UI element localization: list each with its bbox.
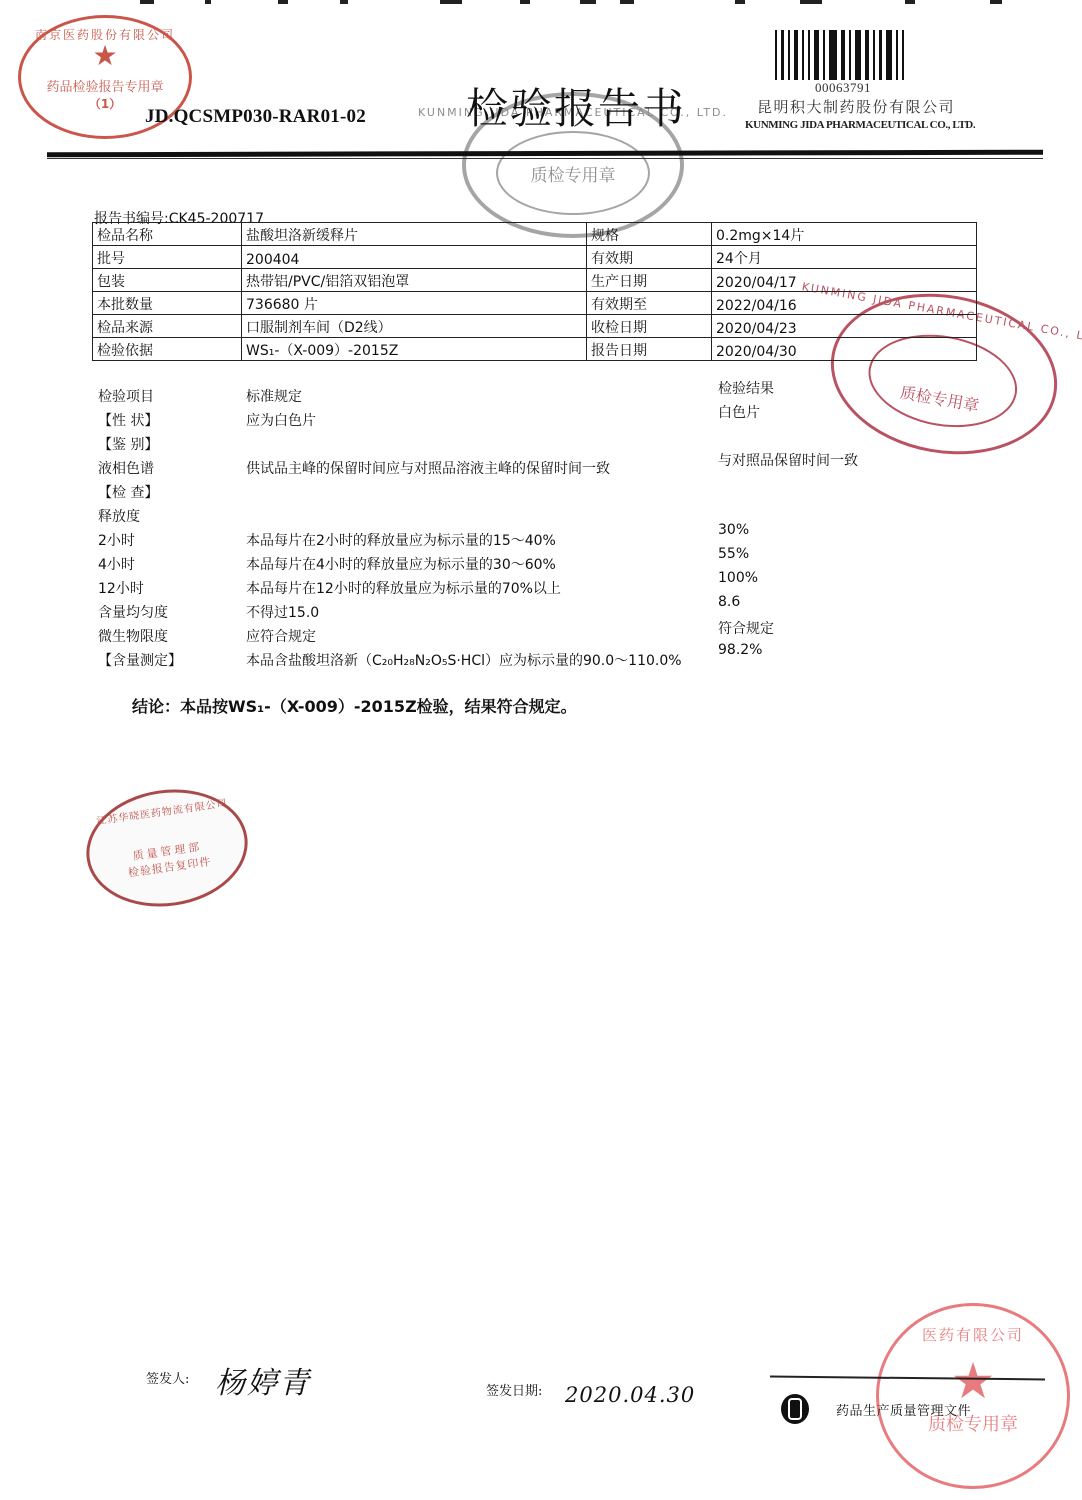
- result-standard: 本品每片在4小时的释放量应为标示量的30～60%: [246, 554, 556, 574]
- company-name-en: KUNMING JIDA PHARMACEUTICAL CO., LTD.: [745, 119, 975, 131]
- result-item: 4小时: [98, 554, 135, 574]
- result-standard: 本品每片在12小时的释放量应为标示量的70%以上: [246, 578, 561, 598]
- issue-date: 2020.04.30: [565, 1383, 695, 1407]
- result-result: 98.2%: [718, 642, 762, 658]
- star-icon: ★: [92, 42, 117, 70]
- info-value1: 口服制剂车间（D2线）: [242, 315, 587, 338]
- info-label1: 包装: [93, 269, 242, 292]
- result-result: 8.6: [718, 594, 740, 610]
- result-result: 30%: [718, 522, 749, 538]
- result-result: 符合规定: [718, 618, 774, 638]
- info-label2: 有效期至: [587, 292, 712, 315]
- info-value2: 2020/04/30: [712, 338, 977, 361]
- result-item: 释放度: [98, 506, 140, 526]
- info-row: 批号200404有效期24个月: [93, 246, 977, 269]
- result-result: 与对照品保留时间一致: [718, 450, 858, 470]
- info-value2: 2020/04/23: [712, 315, 977, 338]
- bottom-stamp: 医药有限公司 ★ 质检专用章: [876, 1303, 1070, 1489]
- info-label2: 收检日期: [587, 315, 712, 338]
- results-header-result: 检验结果: [718, 378, 774, 398]
- barcode-number: 00063791: [815, 80, 871, 96]
- result-item: 2小时: [98, 530, 135, 550]
- results-header-item: 检验项目: [98, 386, 154, 406]
- info-label1: 批号: [93, 246, 242, 269]
- info-label1: 检验依据: [93, 338, 242, 361]
- info-value2: 2022/04/16: [712, 292, 977, 315]
- info-value1: 盐酸坦洛新缓释片: [242, 223, 587, 246]
- info-label2: 生产日期: [587, 269, 712, 292]
- result-item: 【检 查】: [98, 482, 158, 502]
- footer-divider: [770, 1376, 1045, 1381]
- document-code: JD.QCSMP030-RAR01-02: [145, 106, 366, 128]
- info-value1: 200404: [242, 246, 587, 269]
- result-standard: 应为白色片: [246, 410, 316, 430]
- result-standard: 本品含盐酸坦洛新（C₂₀H₂₈N₂O₅S·HCl）应为标示量的90.0～110.…: [246, 650, 682, 670]
- conclusion: 结论：本品按WS₁-（X-009）-2015Z检验，结果符合规定。: [132, 694, 577, 717]
- info-value2: 24个月: [712, 246, 977, 269]
- signer-label: 签发人:: [146, 1368, 189, 1387]
- barcode: [775, 30, 997, 80]
- info-row: 包装热带铝/PVC/铝箔双铝泡罩生产日期2020/04/17: [93, 269, 977, 292]
- info-label1: 检品来源: [93, 315, 242, 338]
- result-result: 白色片: [718, 402, 760, 422]
- info-row: 检品名称盐酸坦洛新缓释片规格0.2mg×14片: [93, 223, 977, 246]
- info-label1: 检品名称: [93, 223, 242, 246]
- info-row: 检品来源口服制剂车间（D2线）收检日期2020/04/23: [93, 315, 977, 338]
- info-value2: 2020/04/17: [712, 269, 977, 292]
- issue-date-label: 签发日期:: [486, 1380, 542, 1399]
- jiangsu-stamp: 江苏华晓医药物流有限公司 质量管理部 检验报告复印件: [79, 779, 256, 916]
- info-label1: 本批数量: [93, 292, 242, 315]
- product-info-table: 检品名称盐酸坦洛新缓释片规格0.2mg×14片批号200404有效期24个月包装…: [92, 222, 977, 361]
- result-result: 55%: [718, 546, 749, 562]
- info-row: 本批数量736680 片有效期至2022/04/16: [93, 292, 977, 315]
- info-label2: 规格: [587, 223, 712, 246]
- result-standard: 本品每片在2小时的释放量应为标示量的15～40%: [246, 530, 556, 550]
- results-header-standard: 标准规定: [246, 386, 302, 406]
- header-divider-thin: [47, 158, 1043, 159]
- info-value2: 0.2mg×14片: [712, 223, 977, 246]
- result-standard: 应符合规定: [246, 626, 316, 646]
- result-item: 微生物限度: [98, 626, 168, 646]
- result-item: 12小时: [98, 578, 144, 598]
- result-standard: 不得过15.0: [246, 602, 319, 622]
- info-value1: 热带铝/PVC/铝箔双铝泡罩: [242, 269, 587, 292]
- star-icon: ★: [951, 1356, 996, 1406]
- info-label2: 报告日期: [587, 338, 712, 361]
- result-item: 含量均匀度: [98, 602, 168, 622]
- info-value1: WS₁-（X-009）-2015Z: [242, 338, 587, 361]
- info-row: 检验依据WS₁-（X-009）-2015Z报告日期2020/04/30: [93, 338, 977, 361]
- result-item: 【含量测定】: [98, 650, 182, 670]
- info-value1: 736680 片: [242, 292, 587, 315]
- signer-signature: 杨婷青: [215, 1358, 311, 1402]
- company-logo-icon: [781, 1394, 809, 1424]
- info-label2: 有效期: [587, 246, 712, 269]
- company-name-cn: 昆明积大制药股份有限公司: [757, 96, 955, 117]
- page-title: 检验报告书: [466, 76, 686, 136]
- result-standard: 供试品主峰的保留时间应与对照品溶液主峰的保留时间一致: [246, 458, 610, 478]
- result-item: 液相色谱: [98, 458, 154, 478]
- document-type: 药品生产质量管理文件: [836, 1400, 971, 1419]
- test-results: 检验项目 标准规定 检验结果 【性 状】应为白色片白色片【鉴 别】液相色谱供试品…: [98, 386, 998, 676]
- result-item: 【鉴 别】: [98, 434, 158, 454]
- result-item: 【性 状】: [98, 410, 158, 430]
- result-result: 100%: [718, 570, 758, 586]
- header-divider: [47, 150, 1043, 158]
